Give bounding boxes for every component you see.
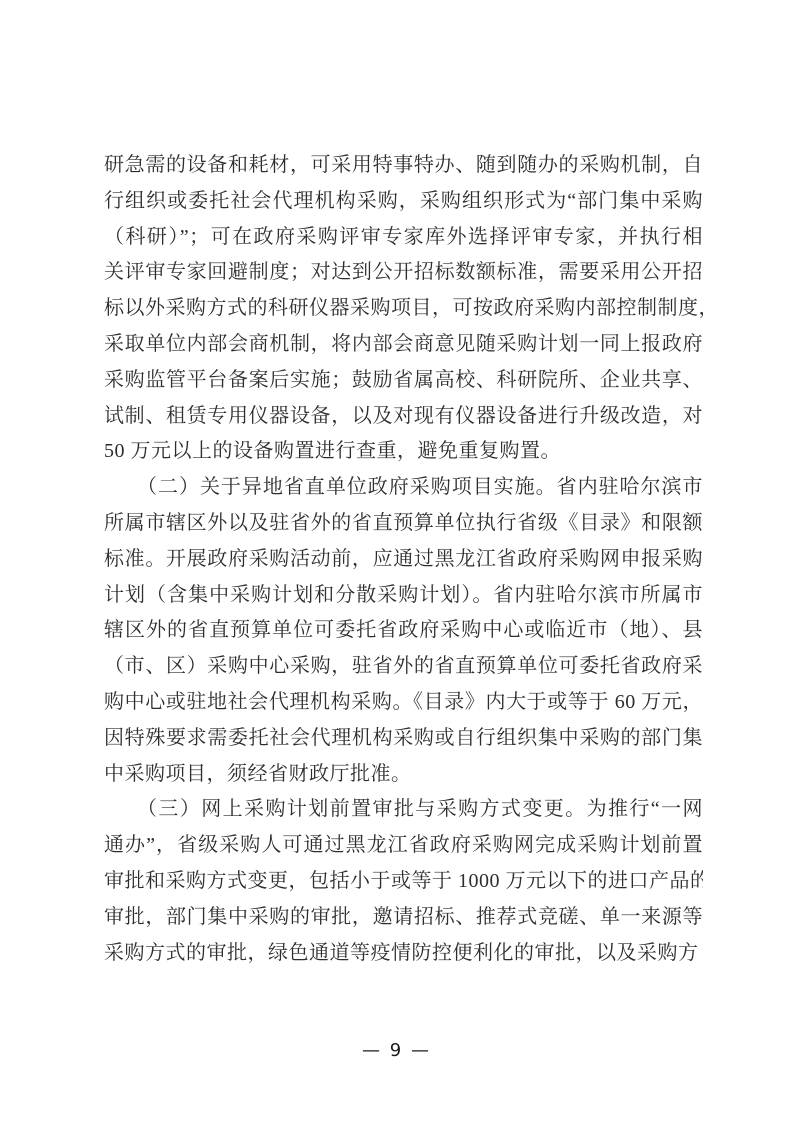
paragraph-2: （二）关于异地省直单位政府采购项目实施。省内驻哈尔滨市所属市辖区外以及驻省外的省… <box>104 470 703 792</box>
document-body: 研急需的设备和耗材，可采用特事特办、随到随办的采购机制，自行组织或委托社会代理机… <box>104 148 703 971</box>
text-line: 采购方式的审批，绿色通道等疫情防控便利化的审批，以及采购方 <box>104 936 703 972</box>
text-line: 购中心或驻地社会代理机构采购。《目录》内大于或等于 60 万元， <box>104 685 703 721</box>
text-line: 所属市辖区外以及驻省外的省直预算单位执行省级《目录》和限额 <box>104 506 703 542</box>
text-line: 因特殊要求需委托社会代理机构采购或自行组织集中采购的部门集 <box>104 721 703 757</box>
text-line: 关评审专家回避制度；对达到公开招标数额标准，需要采用公开招 <box>104 255 703 291</box>
text-line: （二）关于异地省直单位政府采购项目实施。省内驻哈尔滨市 <box>104 470 703 506</box>
text-line: 中采购项目，须经省财政厅批准。 <box>104 757 703 793</box>
text-line: 50 万元以上的设备购置进行查重，避免重复购置。 <box>104 434 703 470</box>
text-line: 试制、租赁专用仪器设备，以及对现有仪器设备进行升级改造，对 <box>104 399 703 435</box>
text-line: （市、区）采购中心采购，驻省外的省直预算单位可委托省政府采 <box>104 649 703 685</box>
text-line: 标以外采购方式的科研仪器采购项目，可按政府采购内部控制制度， <box>104 291 703 327</box>
text-line: 辖区外的省直预算单位可委托省政府采购中心或临近市（地）、县 <box>104 613 703 649</box>
page-number: — 9 — <box>0 1040 793 1061</box>
text-line: 行组织或委托社会代理机构采购，采购组织形式为“部门集中采购 <box>104 184 703 220</box>
text-line: 采购监管平台备案后实施；鼓励省属高校、科研院所、企业共享、 <box>104 363 703 399</box>
text-line: 标准。开展政府采购活动前，应通过黑龙江省政府采购网申报采购 <box>104 542 703 578</box>
paragraph-1: 研急需的设备和耗材，可采用特事特办、随到随办的采购机制，自行组织或委托社会代理机… <box>104 148 703 470</box>
text-line: 采取单位内部会商机制，将内部会商意见随采购计划一同上报政府 <box>104 327 703 363</box>
text-line: 审批，部门集中采购的审批，邀请招标、推荐式竞磋、单一来源等 <box>104 900 703 936</box>
text-line: 通办”，省级采购人可通过黑龙江省政府采购网完成采购计划前置 <box>104 828 703 864</box>
paragraph-3: （三）网上采购计划前置审批与采购方式变更。为推行“一网通办”，省级采购人可通过黑… <box>104 792 703 971</box>
text-line: 研急需的设备和耗材，可采用特事特办、随到随办的采购机制，自 <box>104 148 703 184</box>
text-line: （科研）”；可在政府采购评审专家库外选择评审专家，并执行相 <box>104 220 703 256</box>
text-line: 计划（含集中采购计划和分散采购计划）。省内驻哈尔滨市所属市 <box>104 578 703 614</box>
text-line: 审批和采购方式变更，包括小于或等于 1000 万元以下的进口产品的 <box>104 864 703 900</box>
document-page: 研急需的设备和耗材，可采用特事特办、随到随办的采购机制，自行组织或委托社会代理机… <box>0 0 793 1122</box>
text-line: （三）网上采购计划前置审批与采购方式变更。为推行“一网 <box>104 792 703 828</box>
